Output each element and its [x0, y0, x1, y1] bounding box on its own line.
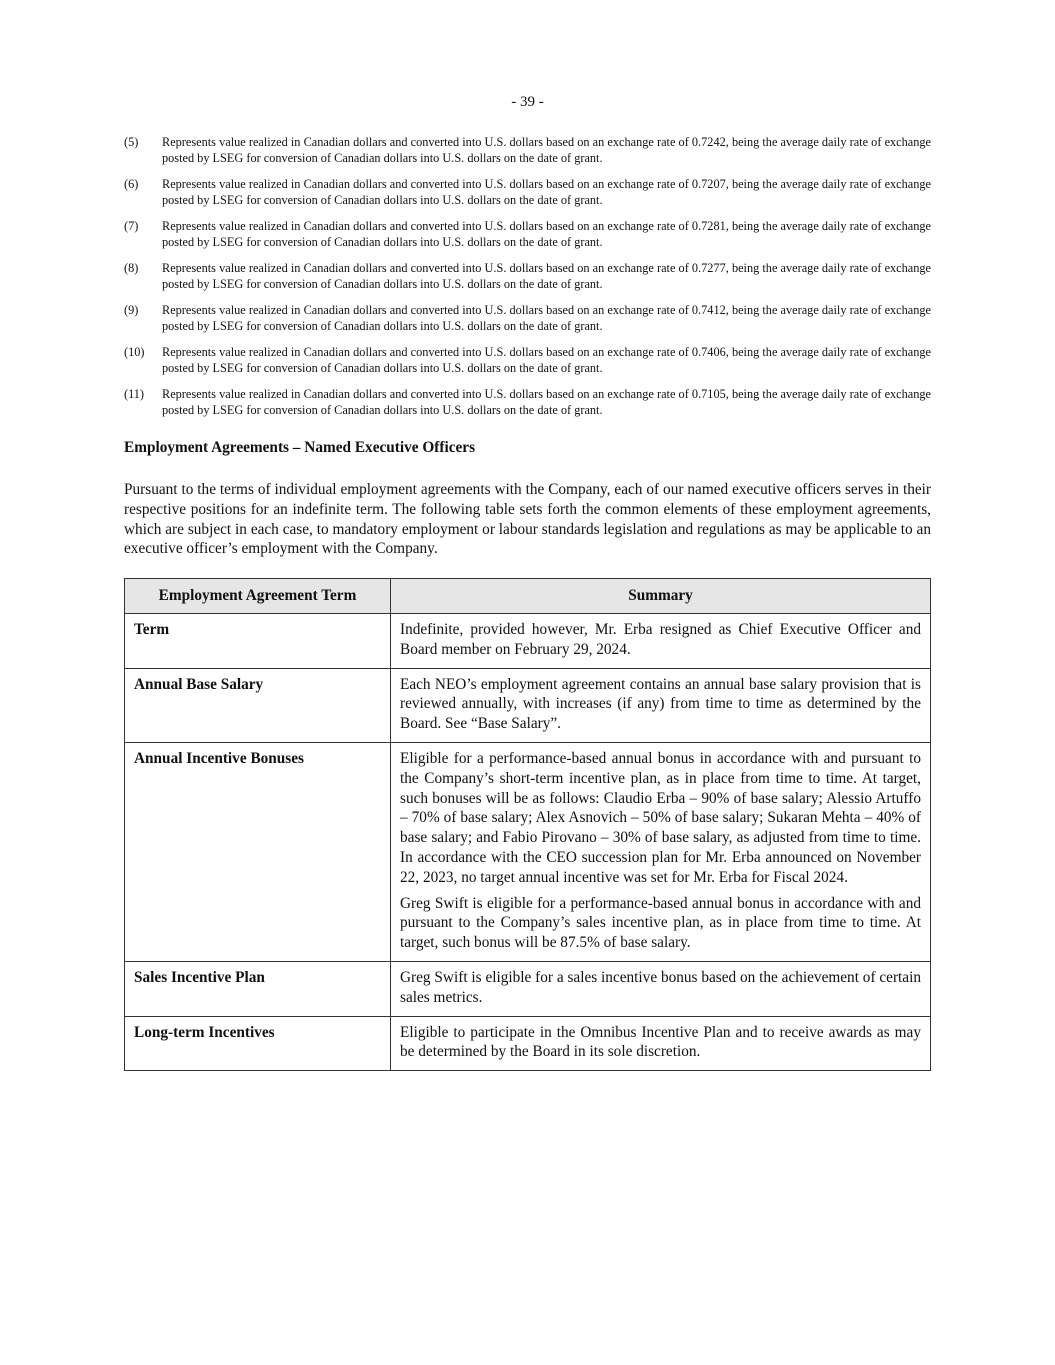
term-cell: Annual Incentive Bonuses [125, 742, 391, 961]
employment-terms-table: Employment Agreement Term Summary TermIn… [124, 578, 931, 1071]
summary-paragraph: Eligible for a performance-based annual … [400, 749, 921, 888]
footnote: (9)Represents value realized in Canadian… [124, 302, 931, 334]
footnote-number: (11) [124, 386, 162, 418]
footnote: (10)Represents value realized in Canadia… [124, 344, 931, 376]
footnote-text: Represents value realized in Canadian do… [162, 134, 931, 166]
footnote: (7)Represents value realized in Canadian… [124, 218, 931, 250]
summary-paragraph: Eligible to participate in the Omnibus I… [400, 1023, 921, 1063]
footnote-text: Represents value realized in Canadian do… [162, 260, 931, 292]
footnotes-list: (5)Represents value realized in Canadian… [124, 134, 931, 428]
footnote-number: (5) [124, 134, 162, 166]
summary-cell: Indefinite, provided however, Mr. Erba r… [391, 614, 931, 669]
footnote: (6)Represents value realized in Canadian… [124, 176, 931, 208]
footnote: (5)Represents value realized in Canadian… [124, 134, 931, 166]
term-cell: Sales Incentive Plan [125, 961, 391, 1016]
term-cell: Term [125, 614, 391, 669]
summary-paragraph: Each NEO’s employment agreement contains… [400, 675, 921, 734]
table-header-row: Employment Agreement Term Summary [125, 579, 931, 614]
intro-paragraph: Pursuant to the terms of individual empl… [124, 480, 931, 559]
summary-cell: Greg Swift is eligible for a sales incen… [391, 961, 931, 1016]
page-number: - 39 - [124, 94, 931, 111]
footnote: (8)Represents value realized in Canadian… [124, 260, 931, 292]
footnote-text: Represents value realized in Canadian do… [162, 176, 931, 208]
header-term: Employment Agreement Term [125, 579, 391, 614]
table-row: TermIndefinite, provided however, Mr. Er… [125, 614, 931, 669]
header-summary: Summary [391, 579, 931, 614]
table-row: Long-term IncentivesEligible to particip… [125, 1016, 931, 1071]
footnote-number: (6) [124, 176, 162, 208]
term-cell: Long-term Incentives [125, 1016, 391, 1071]
footnote-number: (8) [124, 260, 162, 292]
footnote: (11)Represents value realized in Canadia… [124, 386, 931, 418]
summary-cell: Each NEO’s employment agreement contains… [391, 668, 931, 742]
footnote-number: (7) [124, 218, 162, 250]
summary-paragraph: Indefinite, provided however, Mr. Erba r… [400, 620, 921, 660]
footnote-number: (10) [124, 344, 162, 376]
footnote-text: Represents value realized in Canadian do… [162, 218, 931, 250]
section-heading: Employment Agreements – Named Executive … [124, 439, 475, 457]
summary-cell: Eligible for a performance-based annual … [391, 742, 931, 961]
table-row: Sales Incentive PlanGreg Swift is eligib… [125, 961, 931, 1016]
term-cell: Annual Base Salary [125, 668, 391, 742]
summary-paragraph: Greg Swift is eligible for a performance… [400, 894, 921, 953]
footnote-text: Represents value realized in Canadian do… [162, 302, 931, 334]
footnote-text: Represents value realized in Canadian do… [162, 386, 931, 418]
table-row: Annual Base SalaryEach NEO’s employment … [125, 668, 931, 742]
footnote-text: Represents value realized in Canadian do… [162, 344, 931, 376]
footnote-number: (9) [124, 302, 162, 334]
summary-cell: Eligible to participate in the Omnibus I… [391, 1016, 931, 1071]
table-row: Annual Incentive BonusesEligible for a p… [125, 742, 931, 961]
summary-paragraph: Greg Swift is eligible for a sales incen… [400, 968, 921, 1008]
